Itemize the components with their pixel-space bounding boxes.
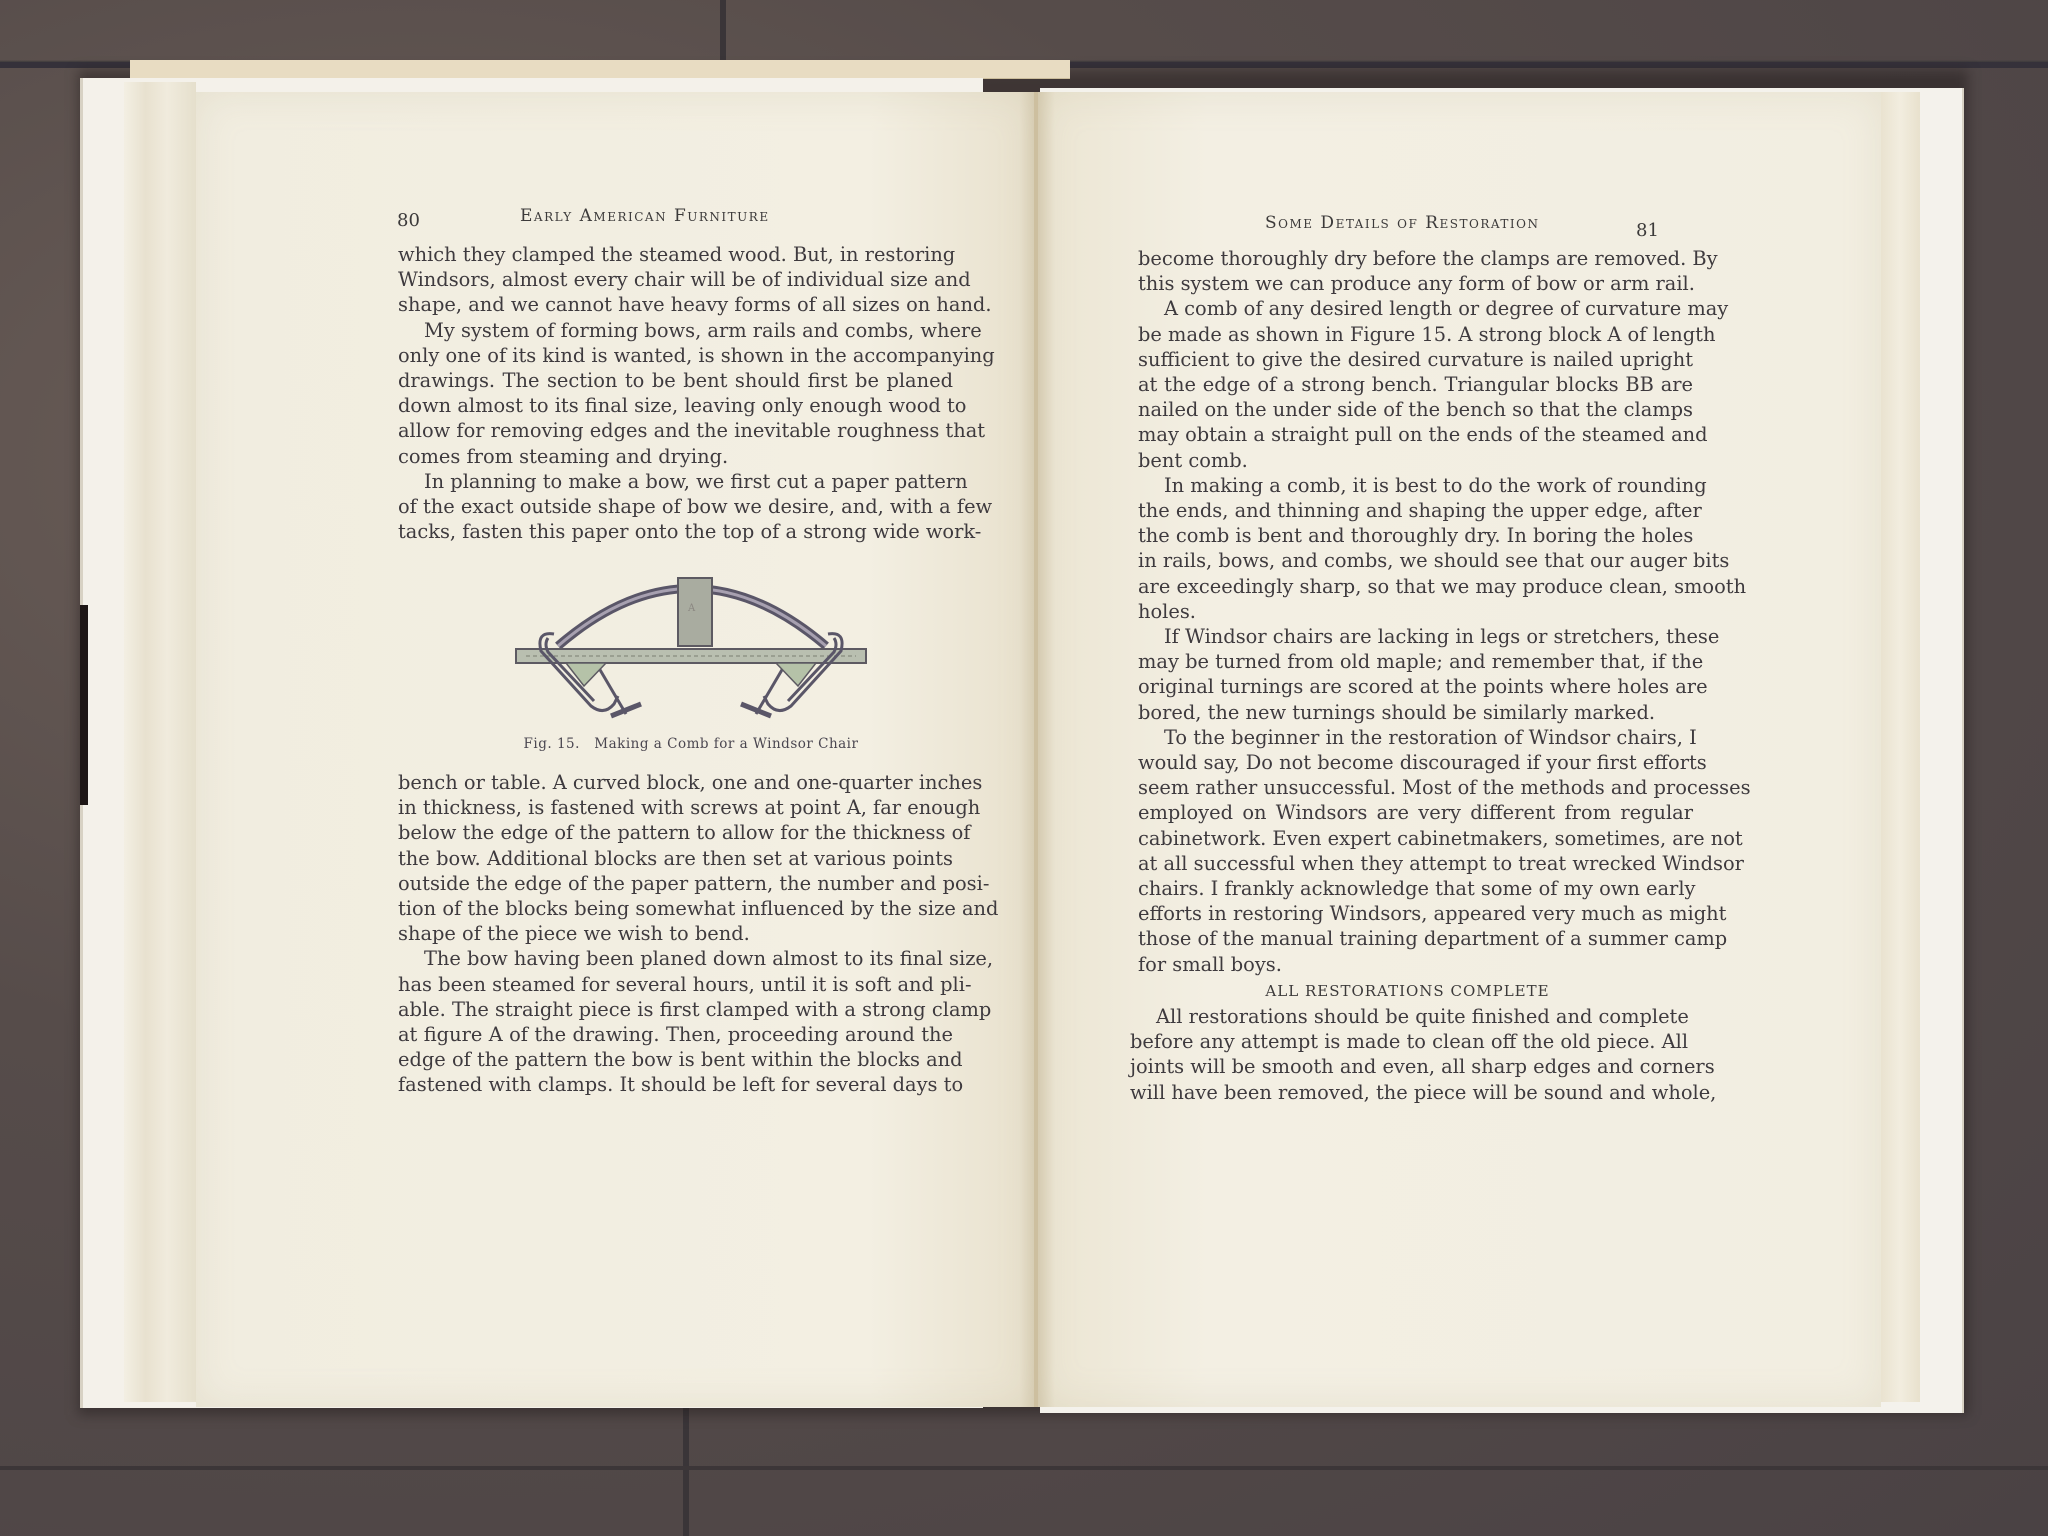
text-line: original turnings are scored at the poin… <box>1138 674 1693 699</box>
text-line: In planning to make a bow, we first cut … <box>398 469 953 494</box>
text-line: has been steamed for several hours, unti… <box>398 972 953 997</box>
left-page-text-top: which they clamped the steamed wood. But… <box>398 242 953 544</box>
paragraph: If Windsor chairs are lacking in legs or… <box>1138 624 1693 725</box>
text-line: efforts in restoring Windsors, appeared … <box>1138 901 1693 926</box>
tile-grout <box>683 1408 689 1536</box>
text-line: allow for removing edges and the inevita… <box>398 418 953 443</box>
text-line: at figure A of the drawing. Then, procee… <box>398 1022 953 1047</box>
text-line: All restorations should be quite finishe… <box>1130 1004 1685 1029</box>
text-line: down almost to its final size, leaving o… <box>398 393 953 418</box>
text-line: become thoroughly dry before the clamps … <box>1138 246 1693 271</box>
text-line: bench or table. A curved block, one and … <box>398 770 953 795</box>
text-line: comes from steaming and drying. <box>398 444 953 469</box>
left-page-number: 80 <box>397 210 420 231</box>
tile-grout <box>720 0 726 62</box>
text-line: will have been removed, the piece will b… <box>1130 1080 1685 1105</box>
paragraph: A comb of any desired length or degree o… <box>1138 296 1693 472</box>
paragraph: bench or table. A curved block, one and … <box>398 770 953 946</box>
text-line: of the exact outside shape of bow we des… <box>398 494 953 519</box>
paragraph: My system of forming bows, arm rails and… <box>398 318 953 469</box>
paragraph: become thoroughly dry before the clamps … <box>1138 246 1693 296</box>
paragraph: which they clamped the steamed wood. But… <box>398 242 953 318</box>
text-line: Windsors, almost every chair will be of … <box>398 267 953 292</box>
text-line: shape of the piece we wish to bend. <box>398 921 953 946</box>
comb-bending-jig-illustration: A <box>496 556 886 741</box>
text-line: before any attempt is made to clean off … <box>1130 1029 1685 1054</box>
text-line: fastened with clamps. It should be left … <box>398 1072 953 1097</box>
section-heading: ALL RESTORATIONS COMPLETE <box>1130 982 1685 1000</box>
text-line: In making a comb, it is best to do the w… <box>1138 473 1693 498</box>
page-stack-left <box>124 82 196 1402</box>
text-line: edge of the pattern the bow is bent with… <box>398 1047 953 1072</box>
text-line: bored, the new turnings should be simila… <box>1138 700 1693 725</box>
paragraph: All restorations should be quite finishe… <box>1130 1004 1685 1105</box>
text-line: My system of forming bows, arm rails and… <box>398 318 953 343</box>
paragraph: In making a comb, it is best to do the w… <box>1138 473 1693 624</box>
text-line: To the beginner in the restoration of Wi… <box>1138 725 1693 750</box>
book-cover-edge <box>130 60 1070 79</box>
text-line: nailed on the under side of the bench so… <box>1138 397 1693 422</box>
text-line: joints will be smooth and even, all shar… <box>1130 1054 1685 1079</box>
text-line: those of the manual training department … <box>1138 926 1693 951</box>
tile-grout <box>0 1466 2048 1470</box>
text-line: sufficient to give the desired curvature… <box>1138 347 1693 372</box>
text-line: the comb is bent and thoroughly dry. In … <box>1138 523 1693 548</box>
text-line: only one of its kind is wanted, is shown… <box>398 343 953 368</box>
text-line: bent comb. <box>1138 448 1693 473</box>
paragraph: To the beginner in the restoration of Wi… <box>1138 725 1693 977</box>
triangular-block-b-left <box>566 663 606 686</box>
page-stack-right <box>1880 92 1920 1402</box>
text-line: at all successful when they attempt to t… <box>1138 851 1693 876</box>
text-line: may be turned from old maple; and rememb… <box>1138 649 1693 674</box>
text-line: able. The straight piece is first clampe… <box>398 997 953 1022</box>
text-line: in thickness, is fastened with screws at… <box>398 795 953 820</box>
text-line: chairs. I frankly acknowledge that some … <box>1138 876 1693 901</box>
triangular-block-b-right <box>776 663 816 686</box>
text-line: the ends, and thinning and shaping the u… <box>1138 498 1693 523</box>
text-line: If Windsor chairs are lacking in legs or… <box>1138 624 1693 649</box>
book-spine-edge <box>80 605 88 805</box>
paragraph: In planning to make a bow, we first cut … <box>398 469 953 545</box>
text-line: may obtain a straight pull on the ends o… <box>1138 422 1693 447</box>
text-line: at the edge of a strong bench. Triangula… <box>1138 372 1693 397</box>
paragraph: The bow having been planed down almost t… <box>398 946 953 1097</box>
right-page-section-text: All restorations should be quite finishe… <box>1130 1004 1685 1105</box>
text-line: The bow having been planed down almost t… <box>398 946 953 971</box>
right-page-number: 81 <box>1636 220 1659 241</box>
figure-caption: Fig. 15. Making a Comb for a Windsor Cha… <box>496 736 886 752</box>
text-line: which they clamped the steamed wood. But… <box>398 242 953 267</box>
text-line: shape, and we cannot have heavy forms of… <box>398 292 953 317</box>
text-line: this system we can produce any form of b… <box>1138 271 1693 296</box>
right-page-text: become thoroughly dry before the clamps … <box>1138 246 1693 977</box>
text-line: tion of the blocks being somewhat influe… <box>398 896 953 921</box>
svg-text:A: A <box>687 603 696 614</box>
text-line: holes. <box>1138 599 1693 624</box>
text-line: seem rather unsuccessful. Most of the me… <box>1138 775 1693 800</box>
text-line: below the edge of the pattern to allow f… <box>398 820 953 845</box>
text-line: A comb of any desired length or degree o… <box>1138 296 1693 321</box>
text-line: be made as shown in Figure 15. A strong … <box>1138 322 1693 347</box>
text-line: would say, Do not become discouraged if … <box>1138 750 1693 775</box>
text-line: employed on Windsors are very different … <box>1138 800 1693 825</box>
text-line: the bow. Additional blocks are then set … <box>398 846 953 871</box>
left-page-text-bottom: bench or table. A curved block, one and … <box>398 770 953 1098</box>
text-line: for small boys. <box>1138 952 1693 977</box>
right-running-head: Some Details of Restoration <box>1265 213 1540 233</box>
text-line: tacks, fasten this paper onto the top of… <box>398 519 953 544</box>
text-line: drawings. The section to be bent should … <box>398 368 953 393</box>
text-line: outside the edge of the paper pattern, t… <box>398 871 953 896</box>
text-line: cabinetwork. Even expert cabinetmakers, … <box>1138 826 1693 851</box>
text-line: in rails, bows, and combs, we should see… <box>1138 548 1693 573</box>
text-line: are exceedingly sharp, so that we may pr… <box>1138 574 1693 599</box>
left-running-head: Early American Furniture <box>520 206 770 226</box>
